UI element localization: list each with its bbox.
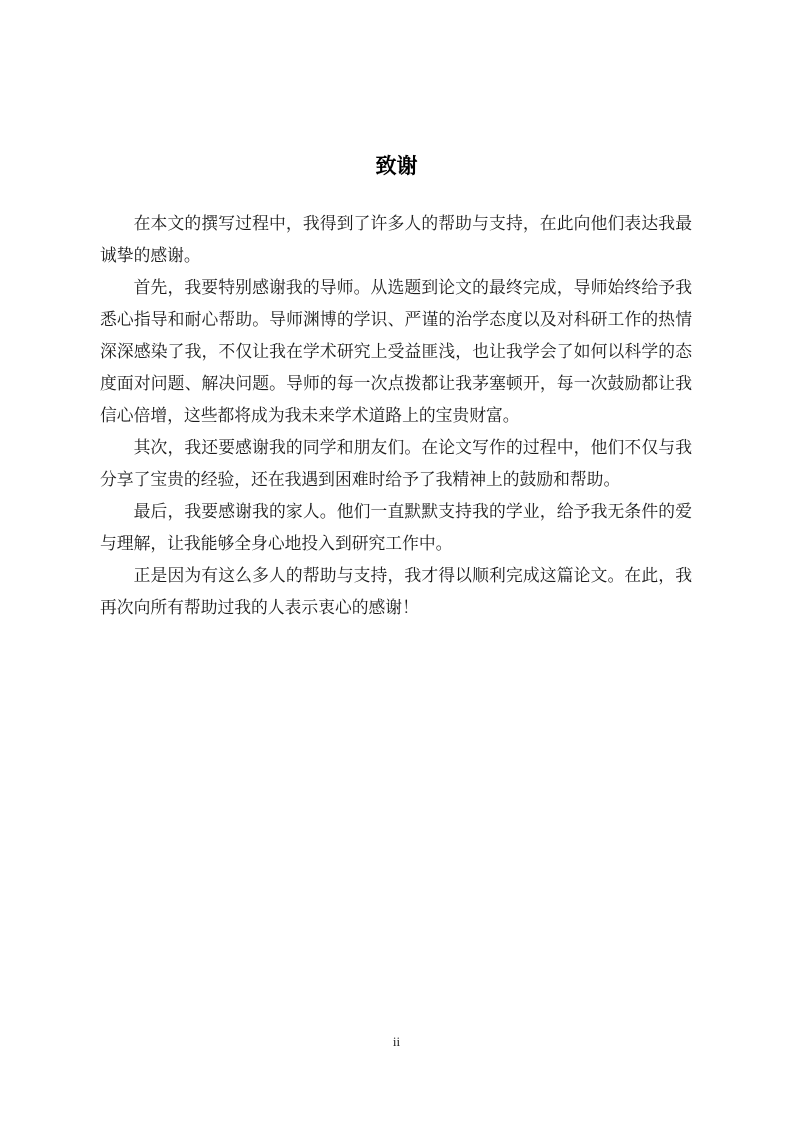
document-page: 致谢 在本文的撰写过程中，我得到了许多人的帮助与支持，在此向他们表达我最诚挚的感… (0, 0, 793, 1122)
acknowledgements-body: 在本文的撰写过程中，我得到了许多人的帮助与支持，在此向他们表达我最诚挚的感谢。 … (100, 208, 692, 624)
paragraph-friends: 其次，我还要感谢我的同学和朋友们。在论文写作的过程中，他们不仅与我分享了宝贵的经… (100, 432, 692, 496)
paragraph-intro: 在本文的撰写过程中，我得到了许多人的帮助与支持，在此向他们表达我最诚挚的感谢。 (100, 208, 692, 272)
page-number: ii (393, 1034, 400, 1049)
paragraph-advisor: 首先，我要特别感谢我的导师。从选题到论文的最终完成，导师始终给予我悉心指导和耐心… (100, 272, 692, 432)
page-footer: ii (0, 1034, 793, 1050)
paragraph-closing: 正是因为有这么多人的帮助与支持，我才得以顺利完成这篇论文。在此，我再次向所有帮助… (100, 560, 692, 624)
page-title: 致谢 (0, 151, 793, 181)
paragraph-family: 最后，我要感谢我的家人。他们一直默默支持我的学业，给予我无条件的爱与理解，让我能… (100, 496, 692, 560)
